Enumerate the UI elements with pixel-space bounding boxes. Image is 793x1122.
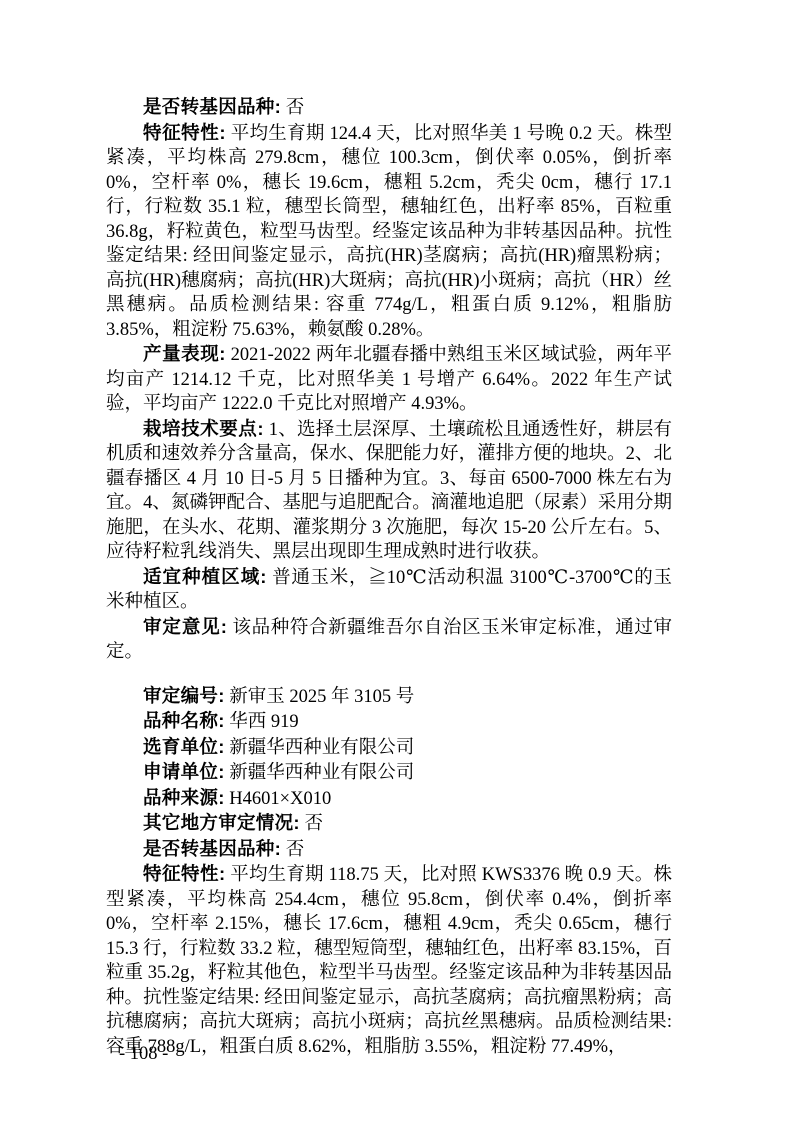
field-label: 选育单位: xyxy=(143,736,225,757)
field-value: 平均生育期 118.75 天，比对照 KWS3376 晚 0.9 天。株型紧凑，… xyxy=(106,865,672,1057)
document-body: 是否转基因品种: 否 特征特性: 平均生育期 124.4 天，比对照华美 1 号… xyxy=(106,95,672,1059)
field-value: 新疆华西种业有限公司 xyxy=(229,738,414,758)
paragraph-traits-1: 特征特性: 平均生育期 124.4 天，比对照华美 1 号晚 0.2 天。株型紧… xyxy=(106,121,672,343)
field-label: 其它地方审定情况: xyxy=(143,812,300,833)
field-row-breeding-unit: 选育单位: 新疆华西种业有限公司 xyxy=(106,735,672,761)
field-row-other-approval-status: 其它地方审定情况: 否 xyxy=(106,811,672,837)
paragraph-traits-2: 特征特性: 平均生育期 118.75 天，比对照 KWS3376 晚 0.9 天… xyxy=(106,862,672,1059)
field-value: 新疆华西种业有限公司 xyxy=(229,763,414,783)
paragraph-yield-performance: 产量表现: 2021-2022 两年北疆春播中熟组玉米区域试验，两年平均亩产 1… xyxy=(106,342,672,417)
field-label: 审定编号: xyxy=(143,685,225,706)
field-label: 审定意见: xyxy=(143,616,227,637)
field-value: H4601×X010 xyxy=(229,789,331,809)
paragraph-spacer xyxy=(106,665,672,684)
field-value: 1、选择土层深厚、土壤疏松且通透性好，耕层有机质和速效养分含量高，保水、保肥能力… xyxy=(106,420,672,563)
document-page: 是否转基因品种: 否 特征特性: 平均生育期 124.4 天，比对照华美 1 号… xyxy=(0,0,793,1122)
field-label: 是否转基因品种: xyxy=(143,96,281,117)
field-value: 平均生育期 124.4 天，比对照华美 1 号晚 0.2 天。株型紧凑，平均株高… xyxy=(106,124,672,340)
field-label: 适宜种植区域: xyxy=(143,566,267,587)
field-label: 栽培技术要点: xyxy=(143,418,264,439)
paragraph-cultivation-techniques: 栽培技术要点: 1、选择土层深厚、土壤疏松且通透性好，耕层有机质和速效养分含量高… xyxy=(106,417,672,565)
field-label: 品种名称: xyxy=(143,710,225,731)
field-row-applicant-unit: 申请单位: 新疆华西种业有限公司 xyxy=(106,760,672,786)
field-value: 华西 919 xyxy=(229,712,298,732)
paragraph-approval-opinion: 审定意见: 该品种符合新疆维吾尔自治区玉米审定标准，通过审定。 xyxy=(106,615,672,665)
field-row-gmo-status-2: 是否转基因品种: 否 xyxy=(106,837,672,863)
field-row-gmo-status-1: 是否转基因品种: 否 xyxy=(106,95,672,121)
field-value: 否 xyxy=(305,814,324,834)
field-value: 否 xyxy=(286,840,305,860)
field-row-variety-source: 品种来源: H4601×X010 xyxy=(106,786,672,812)
field-label: 产量表现: xyxy=(143,343,226,364)
field-label: 特征特性: xyxy=(143,122,226,143)
field-label: 特征特性: xyxy=(143,863,225,884)
field-label: 品种来源: xyxy=(143,787,225,808)
paragraph-suitable-region: 适宜种植区域: 普通玉米，≧10℃活动积温 3100℃-3700℃的玉米种植区。 xyxy=(106,565,672,615)
field-row-variety-name: 品种名称: 华西 919 xyxy=(106,709,672,735)
field-value: 新审玉 2025 年 3105 号 xyxy=(229,687,414,707)
field-value: 否 xyxy=(286,98,305,118)
field-label: 是否转基因品种: xyxy=(143,838,281,859)
field-label: 申请单位: xyxy=(143,761,225,782)
field-row-approval-number: 审定编号: 新审玉 2025 年 3105 号 xyxy=(106,684,672,710)
page-number: - 108 - xyxy=(119,1042,168,1067)
